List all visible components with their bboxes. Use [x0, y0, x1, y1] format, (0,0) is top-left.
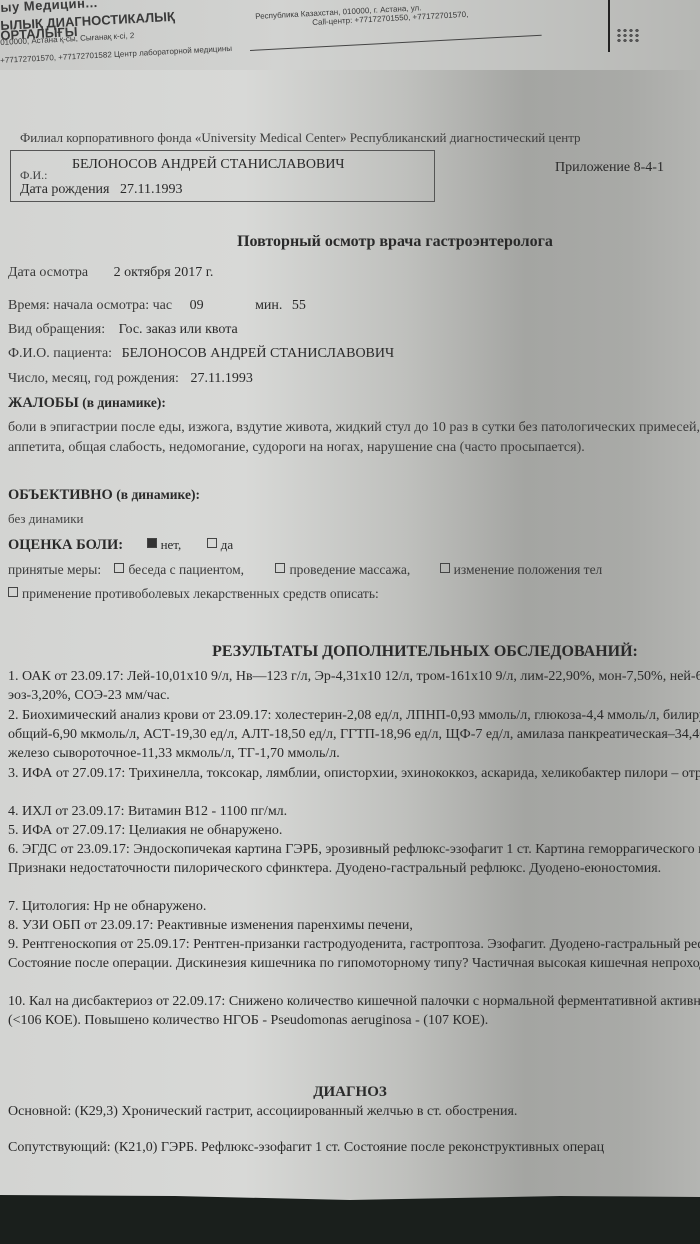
pain-option-yes-label: да	[221, 537, 233, 552]
exam-date-value: 2 октября 2017 г.	[114, 265, 214, 280]
id-patient-name: БЕЛОНОСОВ АНДРЕЙ СТАНИСЛАВОВИЧ	[72, 157, 345, 173]
document-page: ыу Медицин... ЫЛЫҚ ДИАГНОСТИКАЛЫҚ 010000…	[0, 0, 700, 1200]
result-item: 8. УЗИ ОБП от 23.09.17: Реактивные измен…	[8, 916, 700, 935]
measure-massage-label: проведение массажа,	[289, 562, 410, 577]
exam-date-label: Дата осмотра	[8, 265, 88, 280]
patient-row: Ф.И.О. пациента: БЕЛОНОСОВ АНДРЕЙ СТАНИС…	[8, 346, 394, 362]
exam-hour-value: 09	[190, 298, 204, 313]
result-item: 3. ИФА от 27.09.17: Трихинелла, токсокар…	[8, 764, 700, 783]
birth-value: 27.11.1993	[190, 371, 252, 386]
id-fi-label: Ф.И.:	[20, 168, 47, 183]
objective-heading: ОБЪЕКТИВНО (в динамике):	[8, 487, 200, 504]
pain-heading: ОЦЕНКА БОЛИ:	[8, 537, 123, 553]
checkbox-unchecked-icon[interactable]	[114, 563, 124, 573]
pain-row: ОЦЕНКА БОЛИ: нет, да	[8, 537, 233, 554]
page-title: Повторный осмотр врача гастроэнтеролога	[0, 233, 700, 251]
result-item: 9. Рентгеноскопия от 25.09.17: Рентген-п…	[8, 935, 700, 973]
letterhead-vertical-rule	[608, 0, 610, 52]
measures-row: принятые меры: беседа с пациентом, прове…	[8, 562, 602, 578]
complaints-heading: ЖАЛОБЫ (в динамике):	[8, 395, 166, 412]
complaints-heading-text: ЖАЛОБЫ	[8, 395, 79, 411]
id-dob-value: 27.11.1993	[120, 182, 182, 198]
id-dob-label: Дата рождения	[20, 182, 110, 198]
measure-conversation[interactable]: беседа с пациентом,	[114, 562, 244, 577]
pain-option-no[interactable]: нет,	[147, 537, 182, 552]
appendix-number: Приложение 8-4-1	[555, 160, 664, 176]
result-item: 1. ОАК от 23.09.17: Лей-10,01х10 9/л, Нв…	[8, 667, 700, 705]
exam-date-row: Дата осмотра 2 октября 2017 г.	[8, 265, 213, 281]
letterhead: ыу Медицин... ЫЛЫҚ ДИАГНОСТИКАЛЫҚ 010000…	[0, 0, 700, 70]
birth-row: Число, месяц, год рождения: 27.11.1993	[8, 371, 253, 387]
measure-position[interactable]: изменение положения тел	[440, 562, 603, 577]
result-item: 10. Кал на дисбактериоз от 22.09.17: Сни…	[8, 992, 700, 1030]
measure-position-label: изменение положения тел	[454, 562, 603, 577]
visit-type-value: Гос. заказ или квота	[119, 322, 238, 337]
diagnosis-heading: ДИАГНОЗ	[0, 1084, 700, 1101]
visit-type-label: Вид обращения:	[8, 322, 105, 337]
pain-option-yes[interactable]: да	[207, 537, 233, 552]
letterhead-divider	[250, 35, 542, 51]
checkbox-unchecked-icon[interactable]	[275, 563, 285, 573]
checkbox-unchecked-icon[interactable]	[8, 587, 18, 597]
patient-label: Ф.И.О. пациента:	[8, 346, 112, 361]
measure-massage[interactable]: проведение массажа,	[275, 562, 410, 577]
measure-medication[interactable]: применение противоболевых лекарственных …	[8, 586, 379, 602]
patient-value: БЕЛОНОСОВ АНДРЕЙ СТАНИСЛАВОВИЧ	[122, 346, 395, 361]
objective-heading-text: ОБЪЕКТИВНО	[8, 487, 113, 503]
visit-type-row: Вид обращения: Гос. заказ или квота	[8, 322, 238, 338]
result-item: 5. ИФА от 27.09.17: Целиакия не обнаруже…	[8, 821, 700, 840]
checkbox-checked-icon[interactable]	[147, 538, 157, 548]
diagnosis-main: Основной: (К29,3) Хронический гастрит, а…	[8, 1104, 517, 1120]
checkbox-unchecked-icon[interactable]	[207, 538, 217, 548]
measure-conversation-label: беседа с пациентом,	[128, 562, 244, 577]
birth-label: Число, месяц, год рождения:	[8, 371, 179, 386]
complaints-heading-suffix: (в динамике):	[82, 395, 166, 410]
exam-time-row: Время: начала осмотра: час 09 мин. 55	[8, 298, 306, 314]
result-item: 2. Биохимический анализ крови от 23.09.1…	[8, 706, 700, 763]
exam-time-label: Время: начала осмотра: час	[8, 298, 172, 313]
pain-option-no-label: нет,	[161, 537, 182, 552]
checkbox-unchecked-icon[interactable]	[440, 563, 450, 573]
objective-text: без динамики	[8, 511, 84, 527]
exam-min-label: мин.	[255, 298, 282, 313]
objective-heading-suffix: (в динамике):	[116, 487, 200, 502]
result-item: 6. ЭГДС от 23.09.17: Эндоскопичекая карт…	[8, 840, 700, 878]
result-item: 4. ИХЛ от 23.09.17: Витамин В12 - 1100 п…	[8, 802, 700, 821]
barcode-dots-icon	[616, 28, 640, 44]
branch-name: Филиал корпоративного фонда «University …	[20, 130, 581, 146]
result-item: 7. Цитология: Нр не обнаружено.	[8, 897, 700, 916]
exam-minute-value: 55	[292, 298, 306, 313]
diagnosis-concomitant: Сопутствующий: (К21,0) ГЭРБ. Рефлюкс-эзо…	[8, 1140, 604, 1156]
results-heading: РЕЗУЛЬТАТЫ ДОПОЛНИТЕЛЬНЫХ ОБСЛЕДОВАНИЙ:	[135, 643, 700, 661]
complaints-text: боли в эпигастрии после еды, изжога, взд…	[8, 418, 700, 458]
letterhead-phone: +77172701570, +77172701582 Центр лаборат…	[0, 44, 232, 65]
measures-label: принятые меры:	[8, 562, 101, 577]
measure-medication-label: применение противоболевых лекарственных …	[22, 586, 379, 601]
